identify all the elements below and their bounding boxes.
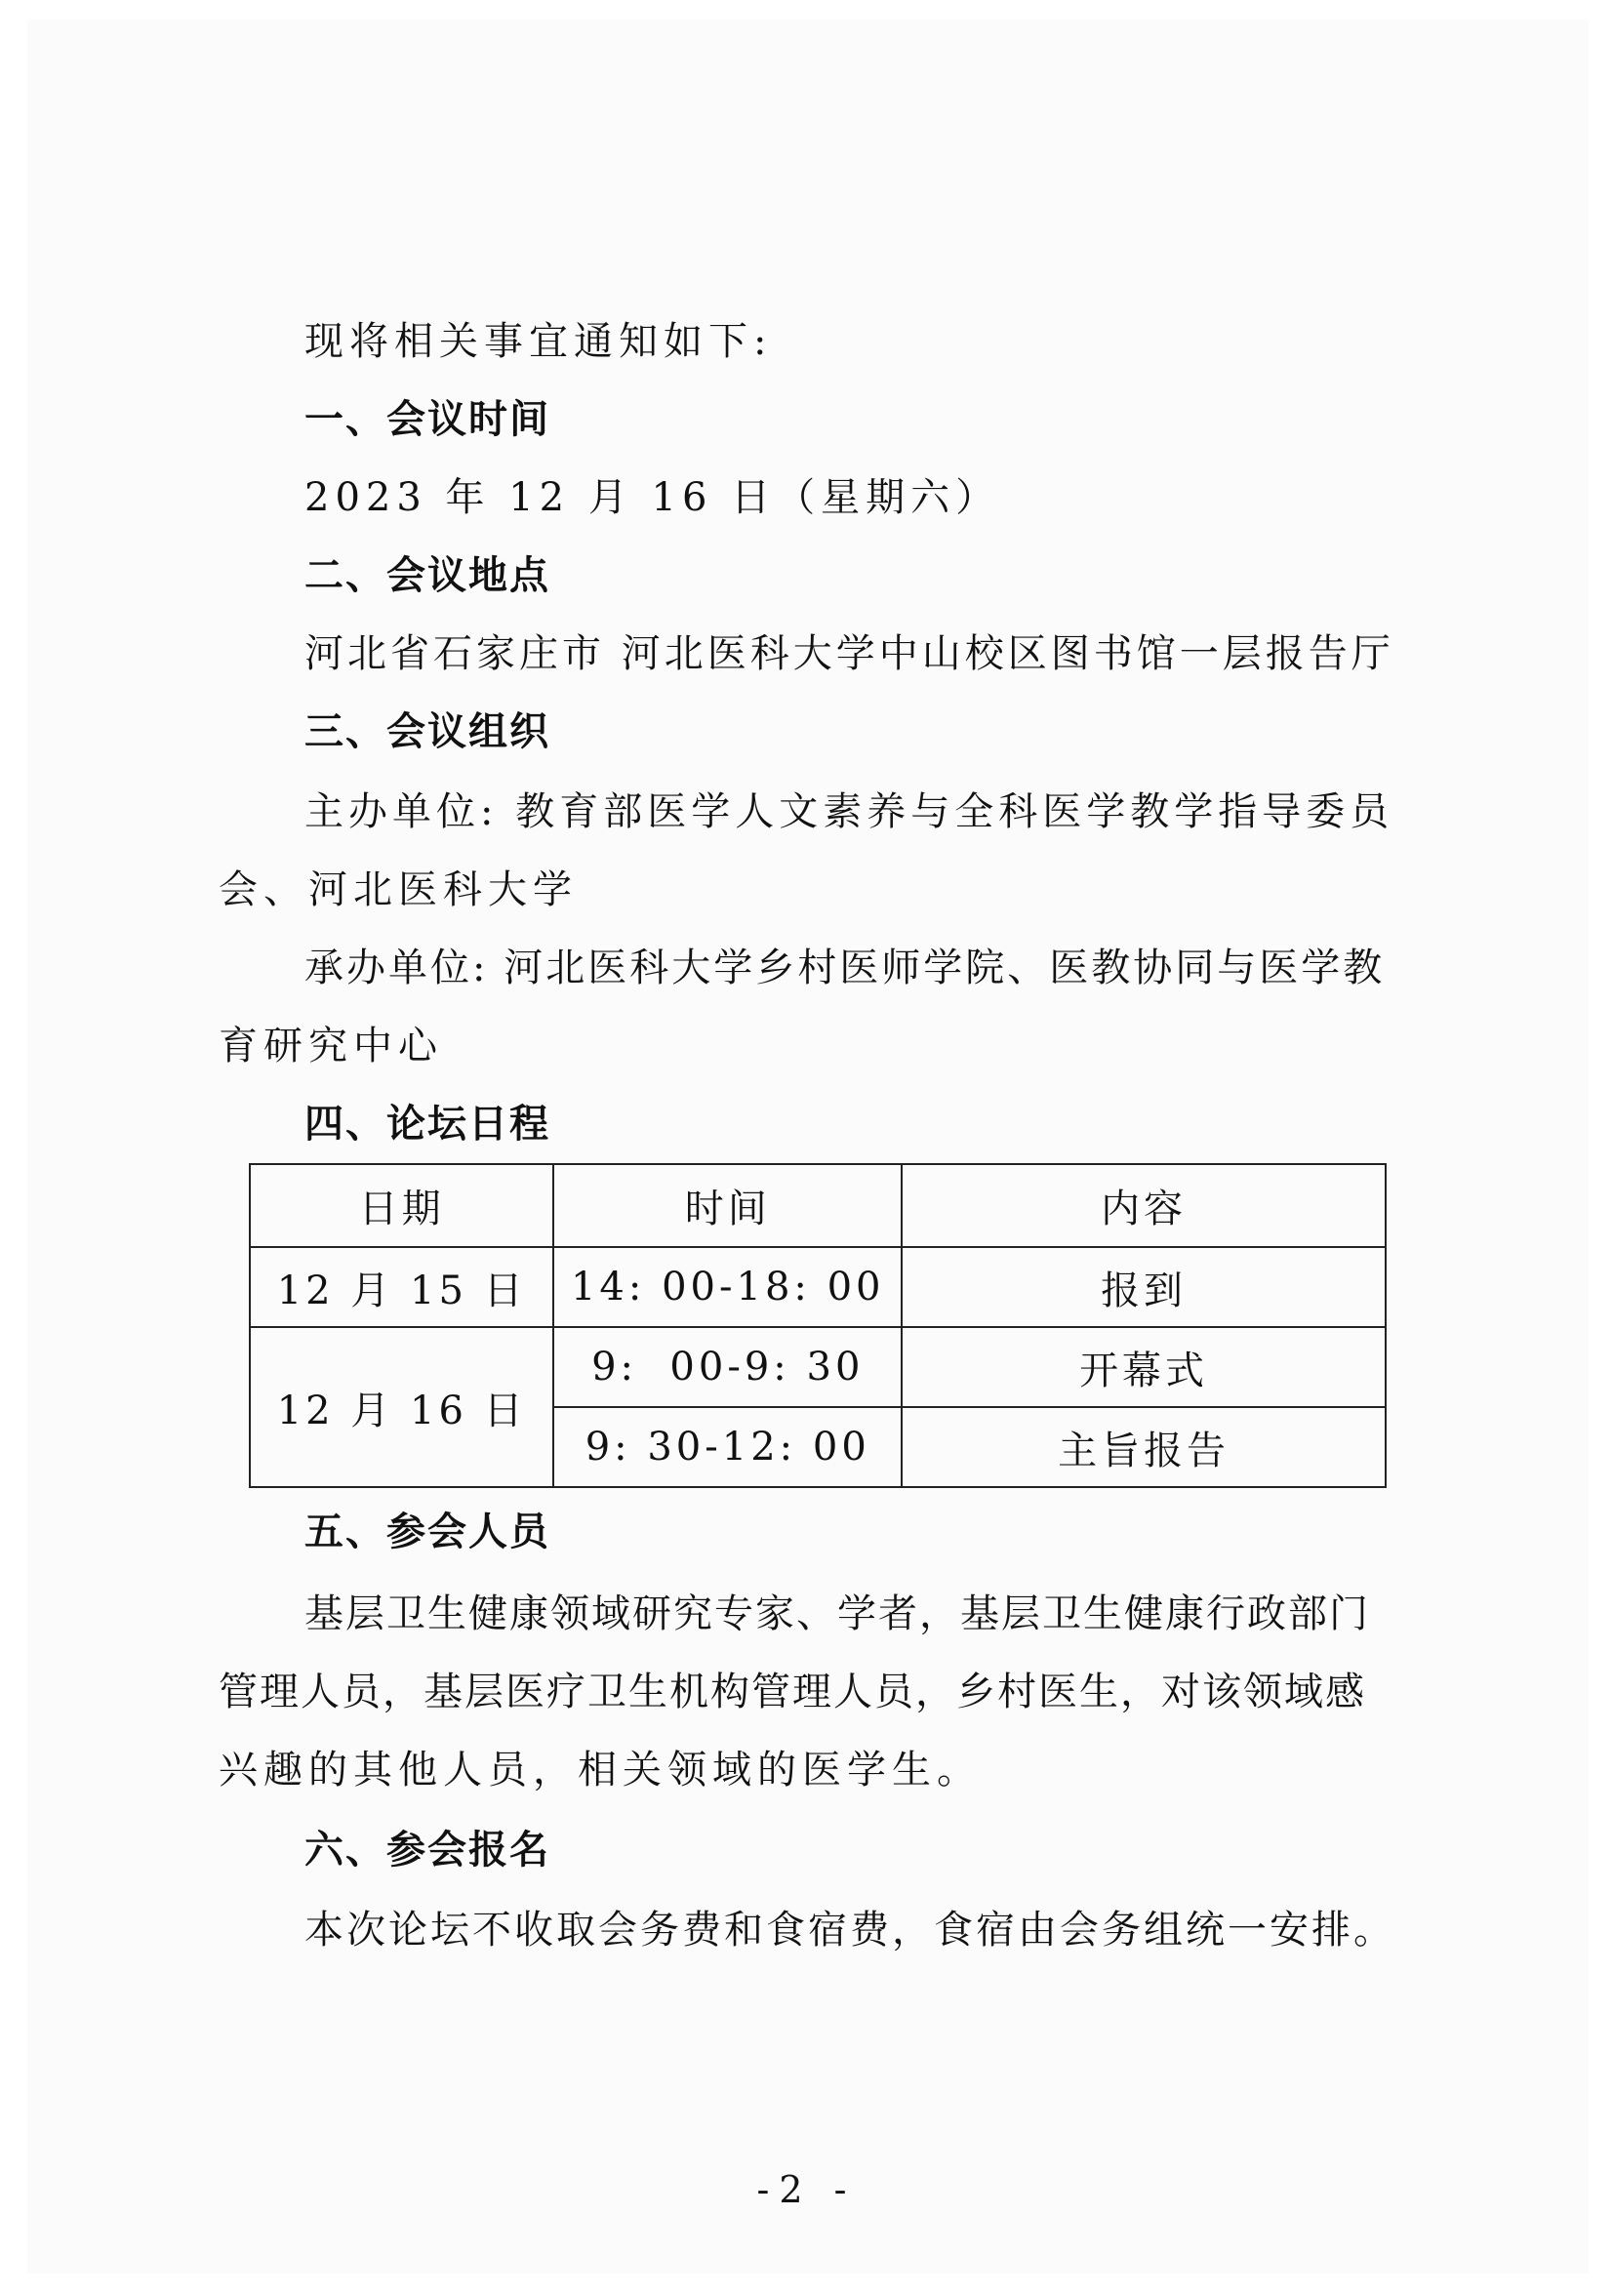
table-row: 12 月 16 日 9: 00-9: 30 开幕式: [250, 1327, 1386, 1407]
section-heading-attendees: 五、参会人员: [304, 1507, 550, 1557]
meeting-date: 2023 年 12 月 16 日（星期六）: [304, 472, 1000, 523]
section-heading-venue: 二、会议地点: [304, 550, 550, 601]
meeting-venue: 河北省石家庄市 河北医科大学中山校区图书馆一层报告厅: [304, 628, 1394, 679]
cell-time: 14: 00-18: 00: [553, 1247, 902, 1327]
section-heading-organization: 三、会议组织: [304, 706, 550, 757]
cell-time: 9: 00-9: 30: [553, 1327, 902, 1407]
table-header-row: 日期 时间 内容: [250, 1164, 1386, 1247]
header-time: 时间: [553, 1164, 902, 1247]
cell-date: 12 月 15 日: [250, 1247, 553, 1327]
schedule-table: 日期 时间 内容 12 月 15 日 14: 00-18: 00 报到 12 月…: [249, 1163, 1387, 1488]
section-heading-registration: 六、参会报名: [304, 1825, 550, 1875]
header-content: 内容: [902, 1164, 1386, 1247]
host-line-2: 会、河北医科大学: [219, 865, 578, 915]
host-line-1: 主办单位: 教育部医学人文素养与全科医学教学指导委员: [304, 786, 1393, 837]
intro-text: 现将相关事宜通知如下:: [304, 316, 772, 367]
cell-content: 报到: [902, 1247, 1386, 1327]
cell-content: 主旨报告: [902, 1407, 1386, 1487]
attendees-line-3: 兴趣的其他人员，相关领域的医学生。: [219, 1745, 982, 1795]
section-heading-time: 一、会议时间: [304, 394, 550, 445]
table-row: 12 月 15 日 14: 00-18: 00 报到: [250, 1247, 1386, 1327]
registration-text: 本次论坛不收取会务费和食宿费，食宿由会务组统一安排。: [304, 1905, 1395, 1955]
attendees-line-2: 管理人员，基层医疗卫生机构管理人员，乡村医生，对该领域感: [219, 1667, 1366, 1717]
attendees-line-1: 基层卫生健康领域研究专家、学者，基层卫生健康行政部门: [304, 1589, 1370, 1639]
page-number: -2 -: [0, 2168, 1613, 2211]
cell-date: 12 月 16 日: [250, 1327, 553, 1487]
organizer-line-1: 承办单位: 河北医科大学乡村医师学院、医教协同与医学教: [304, 943, 1385, 993]
cell-content: 开幕式: [902, 1327, 1386, 1407]
header-date: 日期: [250, 1164, 553, 1247]
section-heading-schedule: 四、论坛日程: [304, 1099, 550, 1149]
organizer-line-2: 育研究中心: [219, 1021, 443, 1071]
cell-time: 9: 30-12: 00: [553, 1407, 902, 1487]
